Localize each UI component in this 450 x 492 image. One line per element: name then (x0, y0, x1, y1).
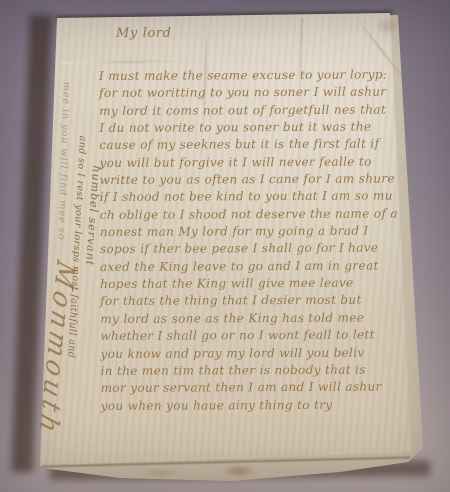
letter-line: axed the King leave to go and I am in gr… (100, 258, 396, 277)
letter-line: my lord it coms not out of forgetfull ne… (99, 102, 395, 121)
letter-line: whether I shall go or no I wont feall to… (100, 328, 396, 347)
letter-line: I du not worite to you soner but it was … (99, 119, 395, 138)
letter-body: I must make the seame excuse to your lor… (99, 67, 397, 415)
letter-line: nonest man My lord for my going a brad I (100, 224, 396, 243)
letter-line: hopes that the King will give mee leave (100, 276, 396, 295)
letter-line: if I shood not bee kind to you that I am… (100, 189, 396, 208)
letter-line: cause of my seeknes but it is the first … (99, 137, 395, 156)
manuscript-photo: My lord I must make the seame excuse to … (0, 0, 450, 492)
letter-line: sopos if ther bee pease I shall go for I… (100, 241, 396, 260)
letter-line: for thats the thing that I desier most b… (100, 293, 396, 312)
letter-line: writte to you as often as I cane for I a… (100, 172, 396, 191)
letter-line: for not woritting to you no soner I will… (99, 85, 395, 104)
letter-line: I must make the seame excuse to your lor… (99, 67, 395, 86)
letter-line: you know and pray my lord will you beliv (100, 345, 396, 364)
letter-line: you will but forgive it I will never fea… (99, 154, 395, 173)
salutation: My lord (116, 26, 172, 41)
letter-line: in the men tim that ther is nobody that … (101, 362, 397, 381)
letter-line: mor your servant then I am and I will as… (101, 380, 397, 399)
letter-line: ch oblige to I shood not deserve the nam… (100, 206, 396, 225)
letter-line: my lord as sone as the King has told mee (100, 310, 396, 329)
letter-line: you when you haue ainy thing to try (101, 397, 397, 416)
